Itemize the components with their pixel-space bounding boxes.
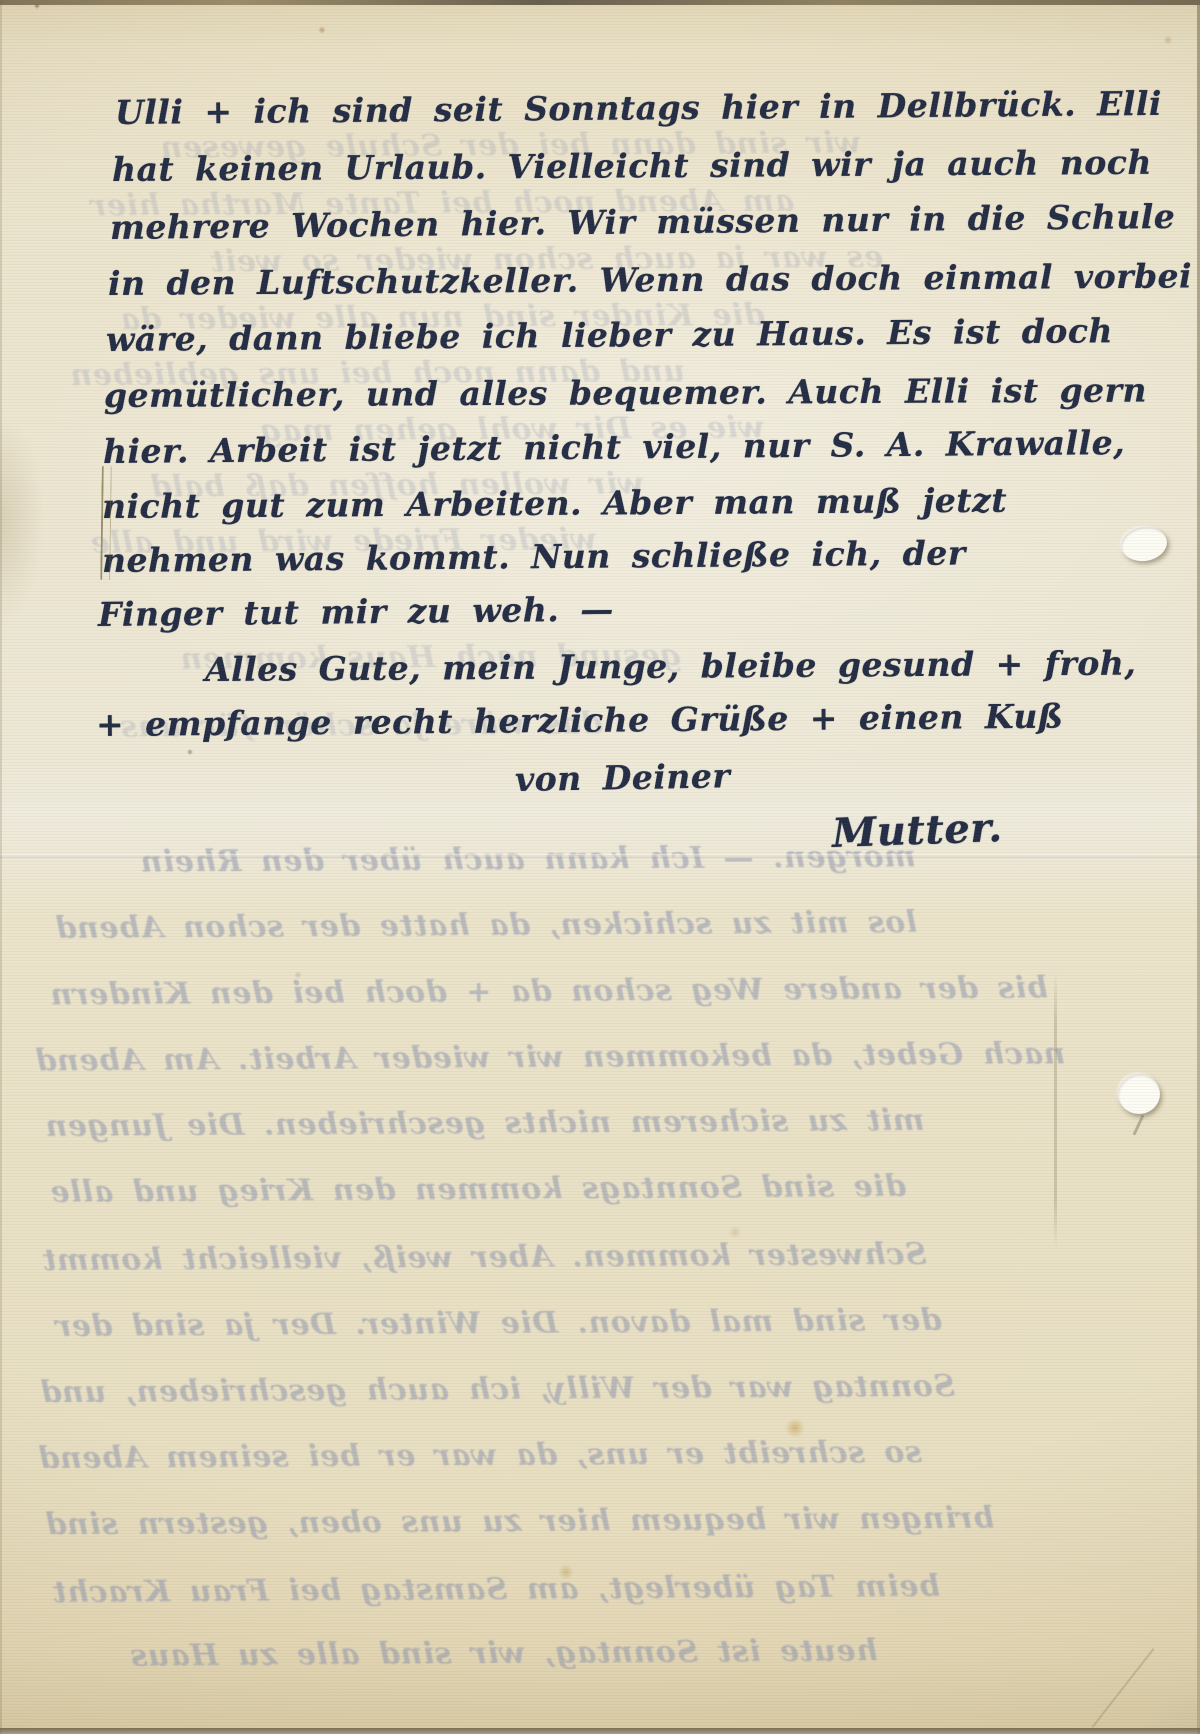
bleedthrough-line: bis der andere Weg schon da + doch bei d… — [50, 971, 1048, 1013]
fold-crease-horizontal — [0, 854, 1200, 858]
bleedthrough-line: Schwester kommen. Aber weiß, vielleicht … — [42, 1237, 927, 1278]
bleedthrough-line: bringen wir bequem hier zu uns oben, ges… — [45, 1501, 994, 1543]
letter-line: Alles Gute, mein Junge, bleibe gesund + … — [205, 645, 1137, 688]
bleedthrough-line: beim Tag überlegt, am Samstag bei Frau K… — [52, 1569, 940, 1610]
letter-line: gemütlicher, und alles bequemer. Auch El… — [104, 373, 1147, 415]
bleedthrough-line: so schreibt er uns, da war er bei seinem… — [38, 1435, 922, 1476]
letter-line: nehmen was kommt. Nun schließe ich, der — [102, 535, 966, 579]
bleedthrough-line: heute ist Sonntag, wir sind alle zu Haus — [130, 1633, 878, 1673]
letter-line: hat keinen Urlaub. Vielleicht sind wir j… — [112, 145, 1152, 189]
letter-line: nicht gut zum Arbeiten. Aber man muß jet… — [102, 483, 1007, 526]
scan-edge-top — [0, 0, 1200, 5]
bleedthrough-line: der sind mal davon. Die Winter. Der ja s… — [55, 1303, 942, 1344]
scan-edge-left — [0, 0, 2, 1734]
bleedthrough-line: morgen. — Ich kann auch über den Rhein — [140, 839, 916, 879]
bleedthrough-line: Sonntag war der Willy, ich auch geschrie… — [40, 1369, 955, 1410]
scan-edge-bottom — [0, 1728, 1200, 1734]
letter-line: + empfange recht herzliche Grüße + einen… — [96, 699, 1064, 744]
letter-line: Finger tut mir zu weh. — — [98, 592, 614, 634]
scanned-letter-page: wir sind dann bei der Schule gewesen am … — [0, 0, 1200, 1734]
signature: Mutter. — [831, 806, 1003, 856]
margin-mark — [100, 466, 112, 580]
fold-crease-vertical — [1054, 972, 1057, 1248]
bleedthrough-line: los mit zu schicken, da hatte der schon … — [55, 905, 917, 946]
bleedthrough-line: die sind Sonntags kommen den Krieg und a… — [50, 1169, 906, 1210]
bleedthrough-line: mit zu sicherem nichts geschrieben. Die … — [45, 1103, 925, 1144]
punch-hole — [1118, 1074, 1160, 1114]
closing-line: von Deiner — [515, 758, 731, 798]
bleedthrough-line: nach Gebet, da bekommen wir wieder Arbei… — [35, 1036, 1066, 1078]
letter-line: in den Luftschutzkeller. Wenn das doch e… — [108, 258, 1192, 302]
